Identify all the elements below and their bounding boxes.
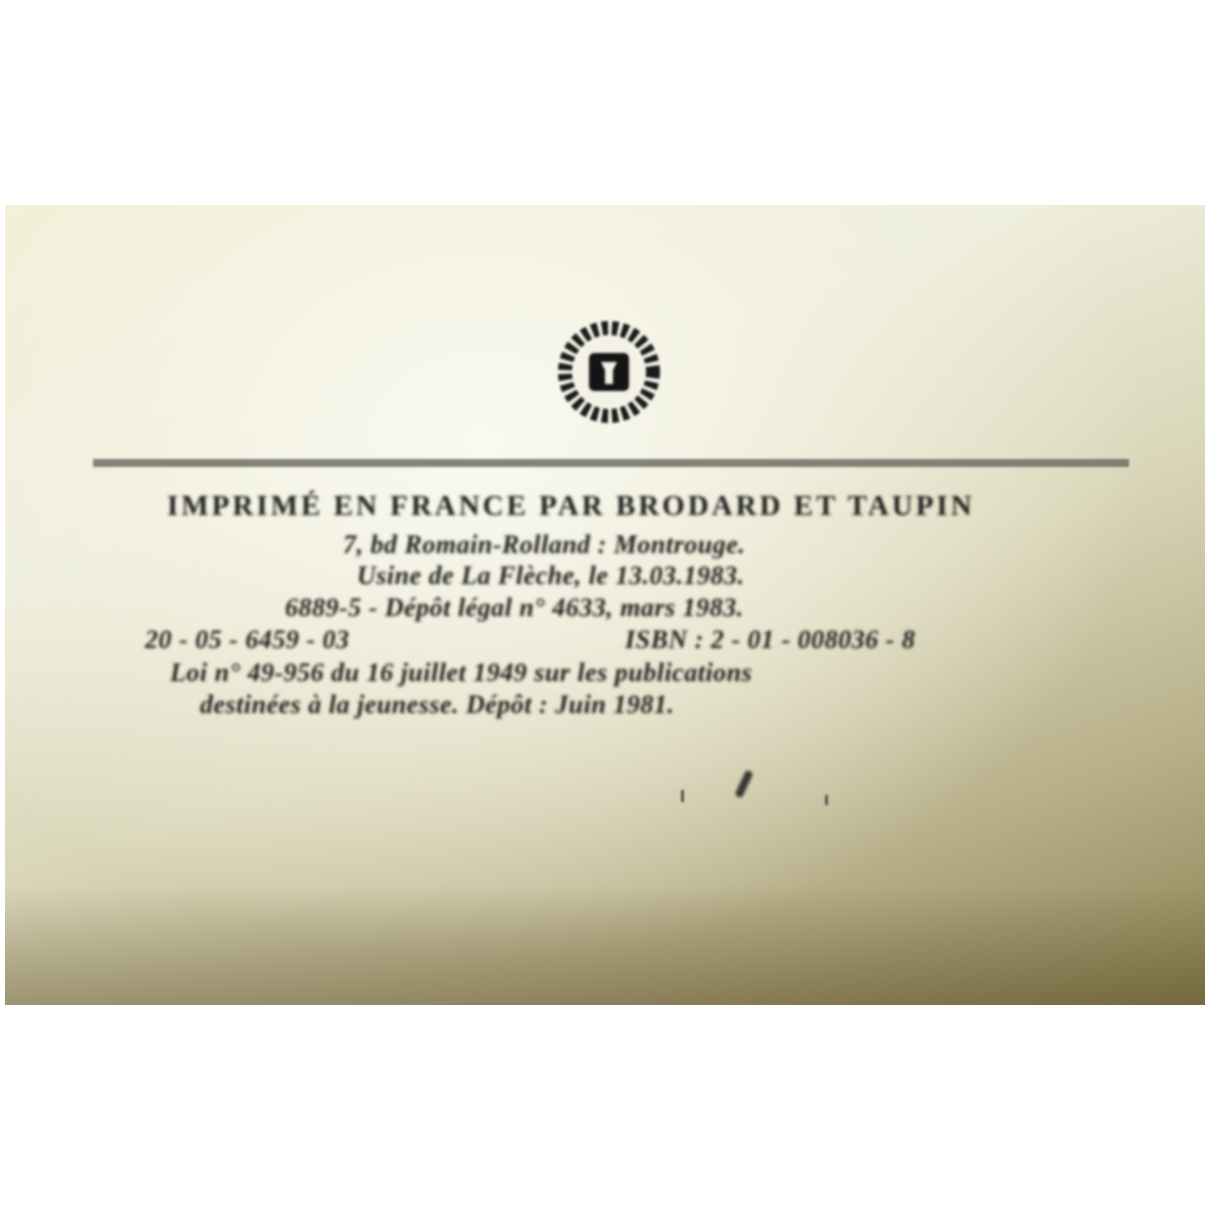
factory-line: Usine de La Flèche, le 13.03.1983. bbox=[357, 561, 744, 591]
address-line: 7, bd Romain-Rolland : Montrouge. bbox=[343, 530, 745, 560]
law-line-1: Loi n° 49-956 du 16 juillet 1949 sur les… bbox=[170, 658, 752, 688]
law-line-2: destinées à la jeunesse. Dépôt : Juin 19… bbox=[200, 690, 674, 720]
ink-speck bbox=[681, 790, 684, 802]
code-line: 20 - 05 - 6459 - 03 bbox=[145, 625, 349, 655]
horizontal-rule bbox=[93, 459, 1129, 467]
book-page-photo: IMPRIMÉ EN FRANCE PAR BRODARD ET TAUPIN … bbox=[5, 205, 1205, 1005]
isbn-line: ISBN : 2 - 01 - 008036 - 8 bbox=[625, 625, 915, 655]
ink-smudge bbox=[734, 770, 753, 799]
printer-line: IMPRIMÉ EN FRANCE PAR BRODARD ET TAUPIN bbox=[167, 490, 975, 523]
ink-speck bbox=[825, 795, 828, 805]
printer-logo-icon bbox=[553, 320, 665, 424]
legal-deposit-line: 6889-5 - Dépôt légal n° 4633, mars 1983. bbox=[285, 593, 744, 623]
